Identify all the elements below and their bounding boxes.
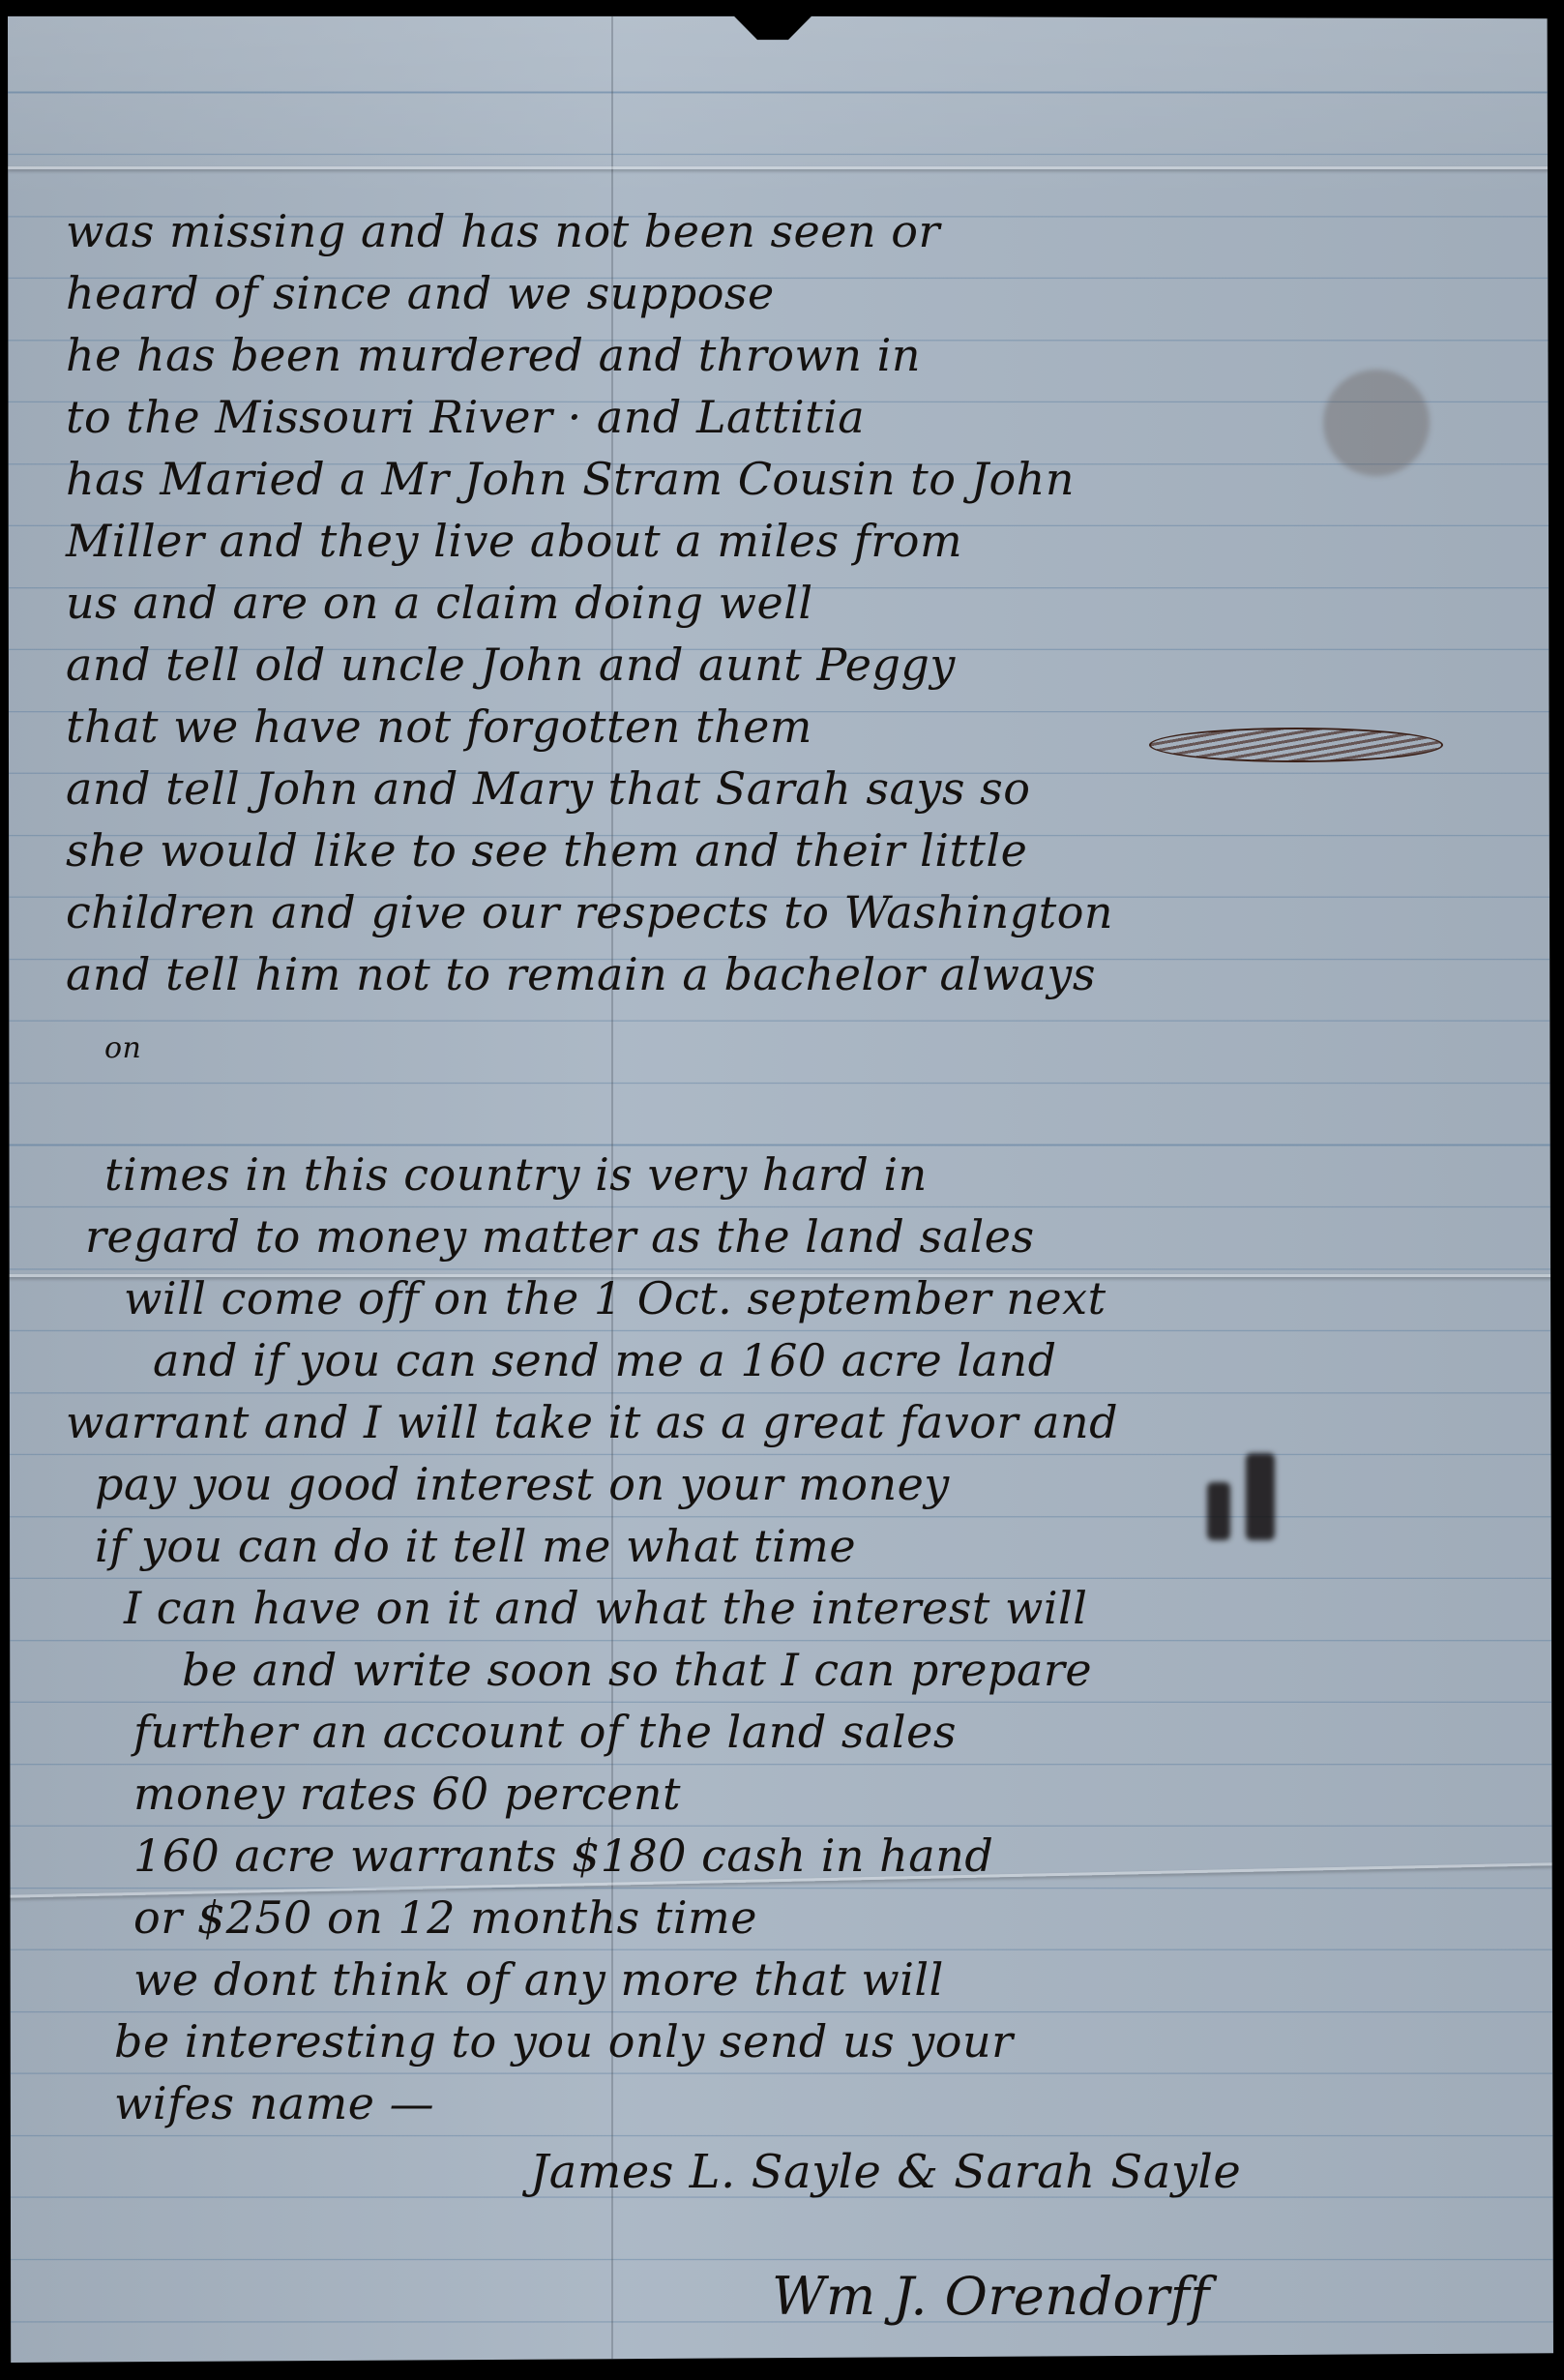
letter-line: that we have not forgotten them bbox=[66, 700, 812, 753]
letter-page: was missing and has not been seen or hea… bbox=[8, 12, 1553, 2363]
letter-line: to the Missouri River · and Lattitia bbox=[66, 391, 865, 443]
letter-line: us and are on a claim doing well bbox=[66, 577, 813, 629]
letter-line: be and write soon so that I can prepare bbox=[182, 1644, 1092, 1696]
letter-line: has Maried a Mr John Stram Cousin to Joh… bbox=[66, 453, 1075, 505]
letter-line: she would like to see them and their lit… bbox=[66, 824, 1027, 877]
ink-stain bbox=[1207, 1482, 1230, 1540]
signature-orendorff: Wm J. Orendorff bbox=[772, 2266, 1210, 2327]
letter-line: heard of since and we suppose bbox=[66, 267, 775, 319]
horizontal-fold bbox=[8, 166, 1553, 169]
letter-line: or $250 on 12 months time bbox=[133, 1891, 757, 1944]
letter-line: I can have on it and what the interest w… bbox=[124, 1582, 1087, 1634]
letter-line: we dont think of any more that will bbox=[133, 1953, 944, 2006]
letter-line: and tell John and Mary that Sarah says s… bbox=[66, 762, 1030, 815]
letter-line: money rates 60 percent bbox=[133, 1768, 681, 1820]
letter-line: children and give our respects to Washin… bbox=[66, 886, 1113, 938]
signature-sayle: James L. Sayle & Sarah Sayle bbox=[530, 2145, 1241, 2199]
letter-line: was missing and has not been seen or bbox=[66, 205, 940, 257]
letter-line: times in this country is very hard in bbox=[104, 1148, 928, 1201]
crossed-out-text bbox=[1149, 728, 1443, 762]
letter-line: and if you can send me a 160 acre land bbox=[153, 1334, 1057, 1386]
letter-line: be interesting to you only send us your bbox=[114, 2015, 1014, 2068]
letter-line: pay you good interest on your money bbox=[95, 1458, 950, 1510]
letter-line: Miller and they live about a miles from bbox=[66, 515, 962, 567]
letter-line: further an account of the land sales bbox=[133, 1706, 957, 1758]
letter-line: and tell him not to remain a bachelor al… bbox=[66, 948, 1096, 1000]
letter-line: regard to money matter as the land sales bbox=[85, 1210, 1035, 1263]
ink-stain bbox=[1246, 1453, 1275, 1540]
letter-line: he has been murdered and thrown in bbox=[66, 329, 921, 381]
letter-line: 160 acre warrants $180 cash in hand bbox=[133, 1830, 993, 1882]
letter-line: wifes name — bbox=[114, 2077, 434, 2129]
ink-stain bbox=[1323, 370, 1430, 476]
letter-line: will come off on the 1 Oct. september ne… bbox=[124, 1272, 1107, 1324]
letter-line: on bbox=[104, 1031, 141, 1065]
letter-line: warrant and I will take it as a great fa… bbox=[66, 1396, 1118, 1448]
letter-line: if you can do it tell me what time bbox=[95, 1520, 856, 1572]
letter-line: and tell old uncle John and aunt Peggy bbox=[66, 639, 956, 691]
